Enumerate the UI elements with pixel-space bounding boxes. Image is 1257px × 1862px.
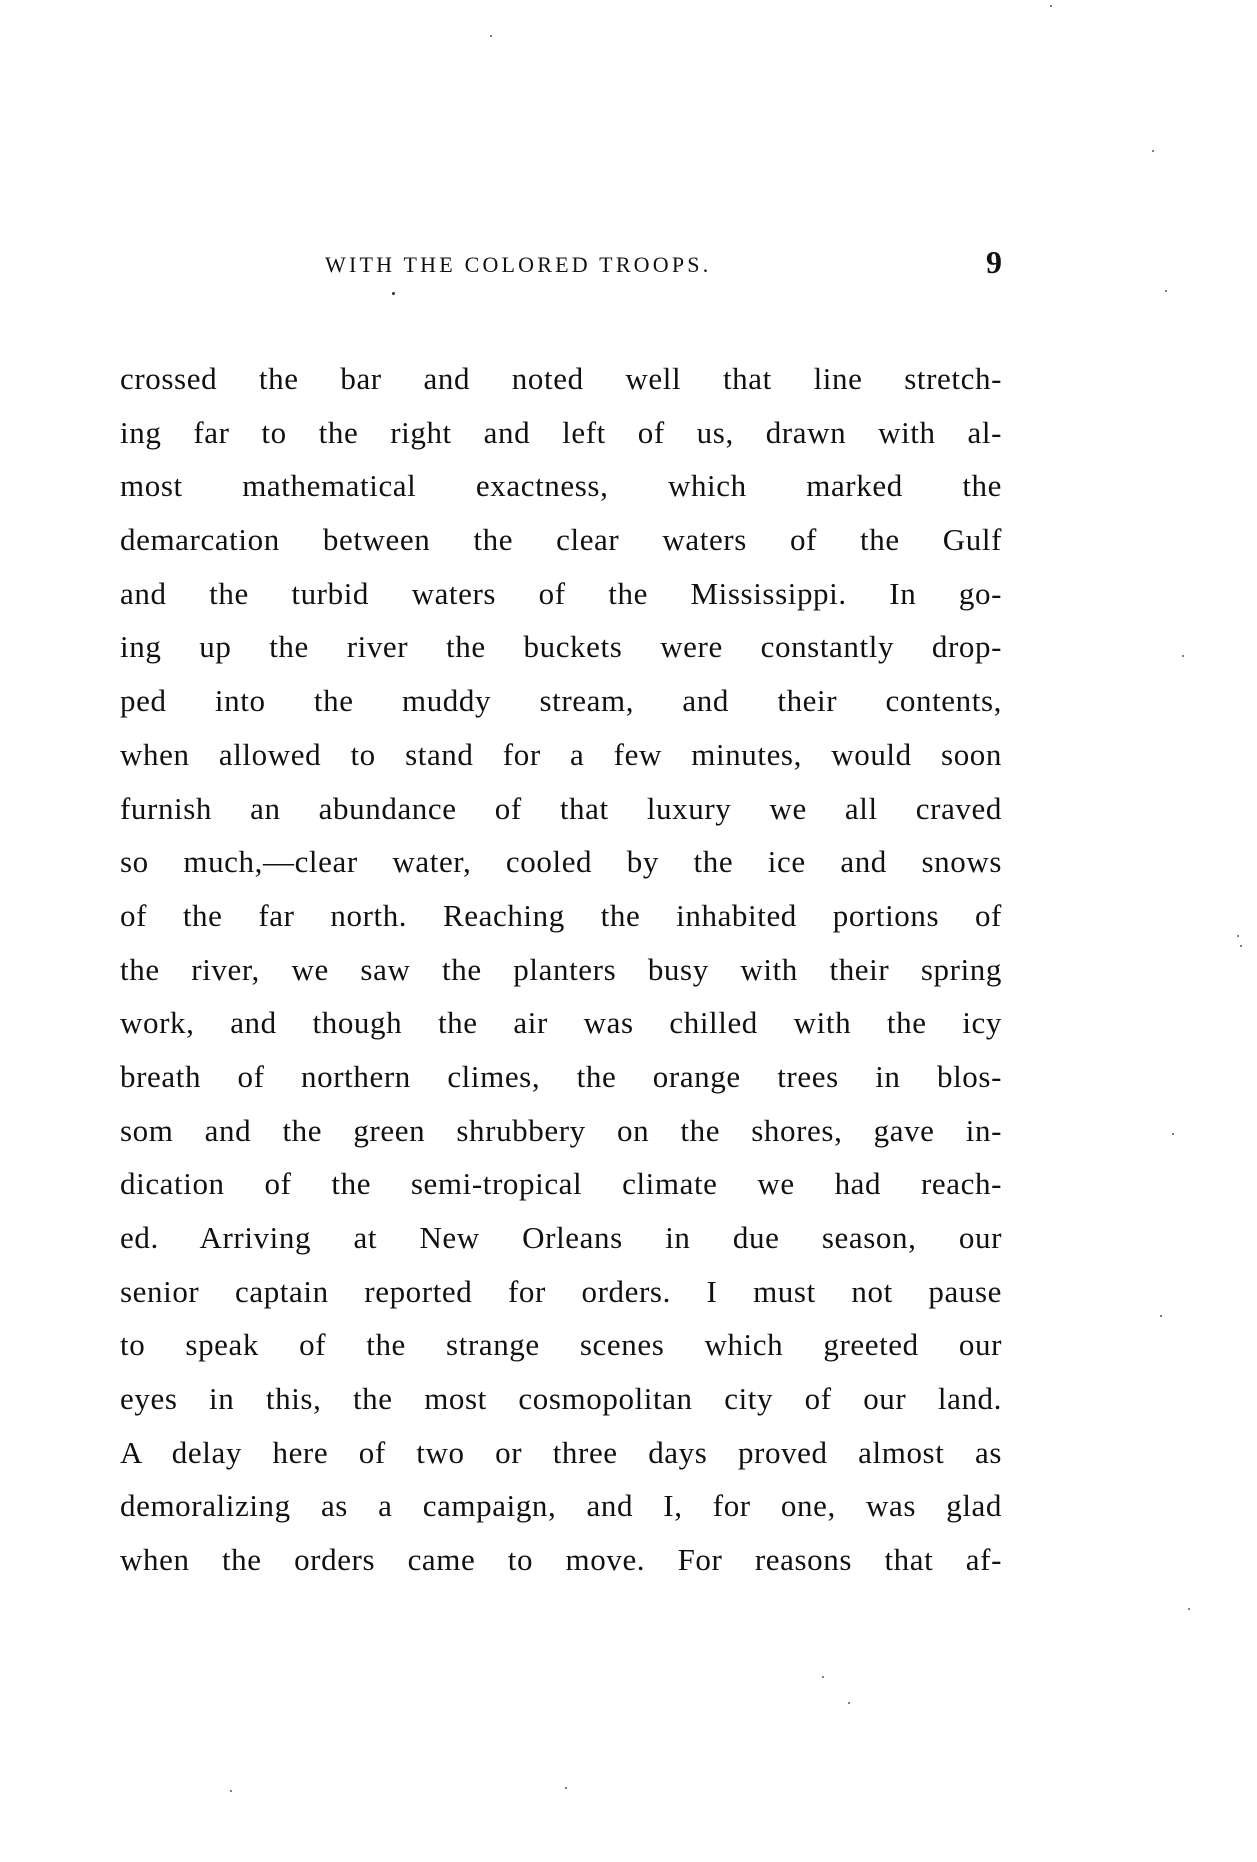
running-title: WITH THE COLORED TROOPS. <box>325 252 711 278</box>
text-line: work, and though the air was chilled wit… <box>120 996 1002 1050</box>
scan-speck <box>1182 655 1184 657</box>
text-line: ing up the river the buckets were consta… <box>120 620 1002 674</box>
text-line: the river, we saw the planters busy with… <box>120 943 1002 997</box>
text-line: ing far to the right and left of us, dra… <box>120 406 1002 460</box>
scan-speck <box>490 35 492 37</box>
text-line: when the orders came to move. For reason… <box>120 1533 1002 1587</box>
scan-speck <box>230 1790 232 1792</box>
text-line: eyes in this, the most cosmopolitan city… <box>120 1372 1002 1426</box>
text-line: of the far north. Reaching the inhabited… <box>120 889 1002 943</box>
text-line: som and the green shrubbery on the shore… <box>120 1104 1002 1158</box>
text-line: to speak of the strange scenes which gre… <box>120 1318 1002 1372</box>
text-line: ed. Arriving at New Orleans in due seaso… <box>120 1211 1002 1265</box>
text-line: senior captain reported for orders. I mu… <box>120 1265 1002 1319</box>
book-page: WITH THE COLORED TROOPS. 9 crossed the b… <box>0 0 1257 1862</box>
ornament-dot <box>392 292 395 295</box>
scan-speck <box>1188 1608 1190 1610</box>
text-line: demarcation between the clear waters of … <box>120 513 1002 567</box>
text-line: when allowed to stand for a few minutes,… <box>120 728 1002 782</box>
text-line: A delay here of two or three days proved… <box>120 1426 1002 1480</box>
scan-speck <box>1152 150 1154 152</box>
text-line: and the turbid waters of the Mississippi… <box>120 567 1002 621</box>
text-line: most mathematical exactness, which marke… <box>120 459 1002 513</box>
scan-speck <box>848 1702 850 1704</box>
text-line: dication of the semi-tropical climate we… <box>120 1157 1002 1211</box>
text-line: crossed the bar and noted well that line… <box>120 352 1002 406</box>
scan-speck <box>1240 945 1242 947</box>
text-line: ped into the muddy stream, and their con… <box>120 674 1002 728</box>
scan-speck <box>1165 290 1167 292</box>
text-line: furnish an abundance of that luxury we a… <box>120 782 1002 836</box>
scan-speck <box>565 1787 567 1789</box>
running-head: WITH THE COLORED TROOPS. 9 <box>120 248 1002 288</box>
scan-speck <box>1172 1133 1174 1135</box>
text-line: demoralizing as a campaign, and I, for o… <box>120 1479 1002 1533</box>
scan-speck <box>1050 5 1052 7</box>
text-line: so much,—clear water, cooled by the ice … <box>120 835 1002 889</box>
scan-speck <box>1237 935 1239 937</box>
scan-speck <box>1160 1315 1162 1317</box>
body-text: crossed the bar and noted well that line… <box>120 352 1002 1587</box>
scan-speck <box>822 1676 824 1678</box>
page-number: 9 <box>986 244 1002 281</box>
text-line: breath of northern climes, the orange tr… <box>120 1050 1002 1104</box>
